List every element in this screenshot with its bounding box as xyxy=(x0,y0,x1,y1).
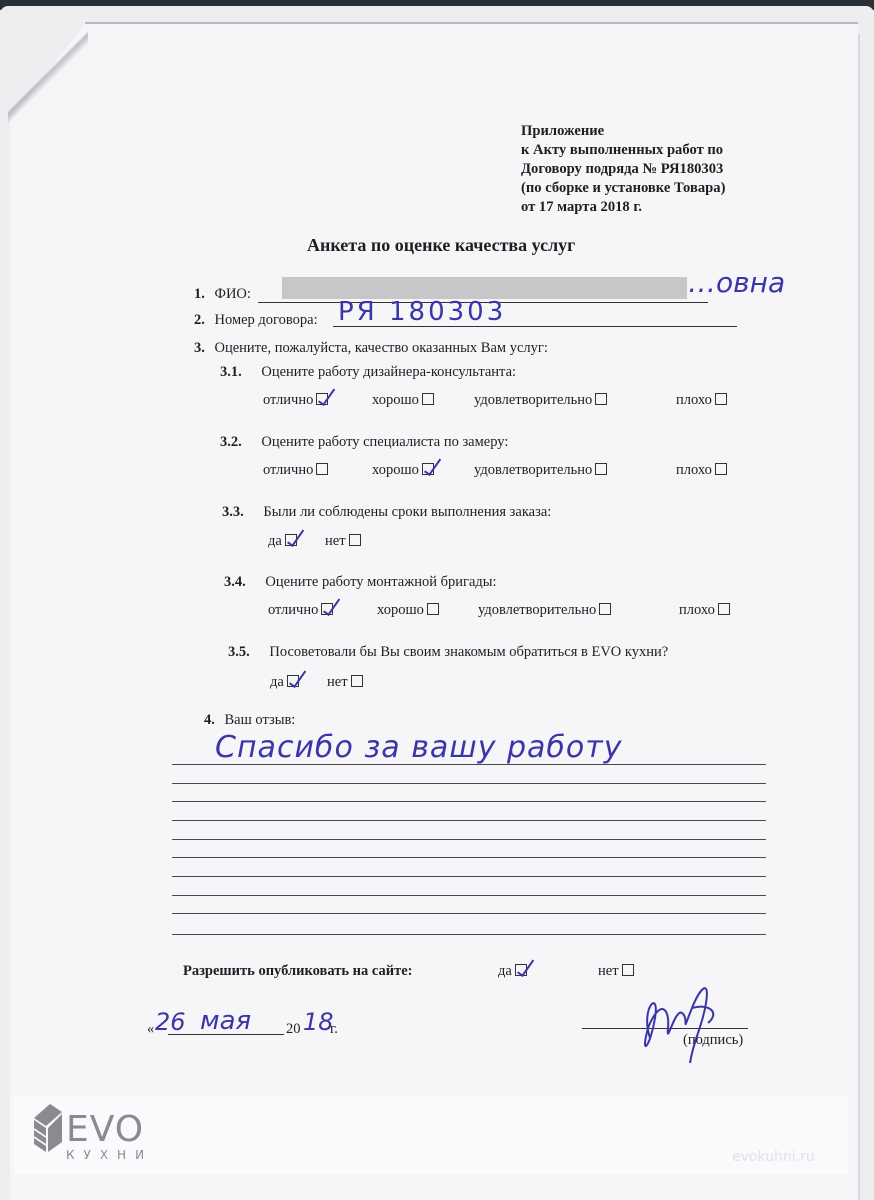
review-line xyxy=(172,895,766,896)
signature-caption: (подпись) xyxy=(683,1032,743,1049)
question-number: 3.5. xyxy=(228,644,250,660)
date-suffix: г. xyxy=(330,1021,338,1038)
question-number: 3.2. xyxy=(220,434,242,450)
option-bad[interactable]: плохо xyxy=(676,392,727,409)
review-line xyxy=(172,857,766,858)
question-3-5: 3.5. Посоветовали бы Вы своим знакомым о… xyxy=(228,644,668,661)
checkbox[interactable] xyxy=(316,463,328,475)
option-no[interactable]: нет xyxy=(327,674,363,691)
option-label: отлично xyxy=(263,462,313,478)
fio-handwriting: …овна xyxy=(688,266,785,299)
option-good[interactable]: хорошо xyxy=(372,462,434,479)
checkbox-checked[interactable] xyxy=(515,964,527,976)
option-label: нет xyxy=(598,963,619,979)
appendix-line: от 17 марта 2018 г. xyxy=(521,198,725,217)
option-yes[interactable]: да xyxy=(270,674,299,691)
option-label: хорошо xyxy=(372,392,419,408)
option-label: плохо xyxy=(676,462,712,478)
option-label: плохо xyxy=(676,392,712,408)
review-line xyxy=(172,839,766,840)
date-day: 26 xyxy=(155,1008,186,1036)
review-label: Ваш отзыв: xyxy=(225,712,296,728)
option-label: да xyxy=(498,963,512,979)
option-label: нет xyxy=(327,674,348,690)
option-label: удовлетворительно xyxy=(474,462,592,478)
option-label: удовлетворительно xyxy=(478,602,596,618)
review-line xyxy=(172,801,766,802)
checkbox[interactable] xyxy=(422,393,434,405)
question-number: 3.4. xyxy=(224,574,246,590)
checkbox[interactable] xyxy=(715,463,727,475)
option-label: отлично xyxy=(268,602,318,618)
option-bad[interactable]: плохо xyxy=(679,602,730,619)
option-label: да xyxy=(270,674,284,690)
option-label: отлично xyxy=(263,392,313,408)
checkbox[interactable] xyxy=(595,393,607,405)
date-year-prefix: 20 xyxy=(286,1021,301,1038)
rate-intro: 3. Оцените, пожалуйста, качество оказанн… xyxy=(194,340,548,357)
review-line xyxy=(172,934,766,935)
checkbox[interactable] xyxy=(715,393,727,405)
checkbox[interactable] xyxy=(718,603,730,615)
fio-label-row: 1. ФИО: xyxy=(194,286,251,303)
item-number: 3. xyxy=(194,340,205,356)
brand-subtitle: КУХНИ xyxy=(66,1148,153,1162)
signature-scribble[interactable] xyxy=(620,968,740,1068)
item-number: 2. xyxy=(194,312,205,328)
option-excellent[interactable]: отлично xyxy=(263,392,328,409)
date-underline xyxy=(168,1034,284,1035)
option-no[interactable]: нет xyxy=(325,533,361,550)
appendix-line: Договору подряда № РЯ180303 xyxy=(521,160,725,179)
redacted-name xyxy=(282,277,687,299)
question-3-4: 3.4. Оцените работу монтажной бригады: xyxy=(224,574,497,591)
brand-name: EVO xyxy=(66,1109,144,1150)
question-3-1: 3.1. Оцените работу дизайнера-консультан… xyxy=(220,364,516,381)
option-label: хорошо xyxy=(377,602,424,618)
review-line xyxy=(172,913,766,914)
checkbox[interactable] xyxy=(599,603,611,615)
option-satisfactory[interactable]: удовлетворительно xyxy=(478,602,611,619)
appendix-header: Приложение к Акту выполненных работ по Д… xyxy=(521,122,725,217)
site-watermark: evokuhni.ru xyxy=(732,1149,815,1165)
option-bad[interactable]: плохо xyxy=(676,462,727,479)
checkbox-checked[interactable] xyxy=(316,393,328,405)
checkbox-checked[interactable] xyxy=(422,463,434,475)
question-number: 3.1. xyxy=(220,364,242,380)
appendix-line: (по сборке и установке Товара) xyxy=(521,179,725,198)
checkbox[interactable] xyxy=(427,603,439,615)
date-year-suffix: 18 xyxy=(303,1008,334,1036)
appendix-line: к Акту выполненных работ по xyxy=(521,141,725,160)
checkbox-checked[interactable] xyxy=(287,675,299,687)
publish-label: Разрешить опубликовать на сайте: xyxy=(183,963,413,980)
contract-handwriting: РЯ 180303 xyxy=(338,297,506,327)
checkbox-checked[interactable] xyxy=(321,603,333,615)
checkbox[interactable] xyxy=(595,463,607,475)
option-label: хорошо xyxy=(372,462,419,478)
question-number: 3.3. xyxy=(222,504,244,520)
page-title: Анкета по оценке качества услуг xyxy=(307,235,575,256)
option-label: нет xyxy=(325,533,346,549)
option-label: удовлетворительно xyxy=(474,392,592,408)
option-excellent[interactable]: отлично xyxy=(268,602,333,619)
item-number: 1. xyxy=(194,286,205,302)
option-label: плохо xyxy=(679,602,715,618)
contract-label: Номер договора: xyxy=(215,312,318,328)
option-excellent[interactable]: отлично xyxy=(263,462,328,479)
review-line xyxy=(172,764,766,765)
review-label-row: 4. Ваш отзыв: xyxy=(204,712,295,729)
fio-label: ФИО: xyxy=(215,286,251,302)
question-text: Оцените работу дизайнера-консультанта: xyxy=(261,364,516,380)
option-yes[interactable]: да xyxy=(268,533,297,550)
cube-logo-icon xyxy=(34,1102,62,1154)
question-text: Оцените работу специалиста по замеру: xyxy=(261,434,508,450)
option-good[interactable]: хорошо xyxy=(372,392,434,409)
option-satisfactory[interactable]: удовлетворительно xyxy=(474,392,607,409)
question-text: Оцените работу монтажной бригады: xyxy=(265,574,496,590)
checkbox-checked[interactable] xyxy=(285,534,297,546)
review-line xyxy=(172,820,766,821)
appendix-line: Приложение xyxy=(521,122,725,141)
option-label: да xyxy=(268,533,282,549)
contract-label-row: 2. Номер договора: xyxy=(194,312,318,329)
option-satisfactory[interactable]: удовлетворительно xyxy=(474,462,607,479)
checkbox[interactable] xyxy=(349,534,361,546)
question-text: Посоветовали бы Вы своим знакомым обрати… xyxy=(269,644,668,660)
date-open-quote: « xyxy=(147,1021,154,1038)
checkbox[interactable] xyxy=(351,675,363,687)
question-3-2: 3.2. Оцените работу специалиста по замер… xyxy=(220,434,508,451)
publish-yes[interactable]: да xyxy=(498,963,527,980)
date-month: мая xyxy=(200,1006,251,1036)
rate-intro-text: Оцените, пожалуйста, качество оказанных … xyxy=(215,340,548,356)
review-line xyxy=(172,783,766,784)
item-number: 4. xyxy=(204,712,215,728)
question-3-3: 3.3. Были ли соблюдены сроки выполнения … xyxy=(222,504,551,521)
review-handwriting[interactable]: Спасибо за вашу работу xyxy=(215,730,623,765)
question-text: Были ли соблюдены сроки выполнения заказ… xyxy=(263,504,551,520)
review-line xyxy=(172,876,766,877)
option-good[interactable]: хорошо xyxy=(377,602,439,619)
